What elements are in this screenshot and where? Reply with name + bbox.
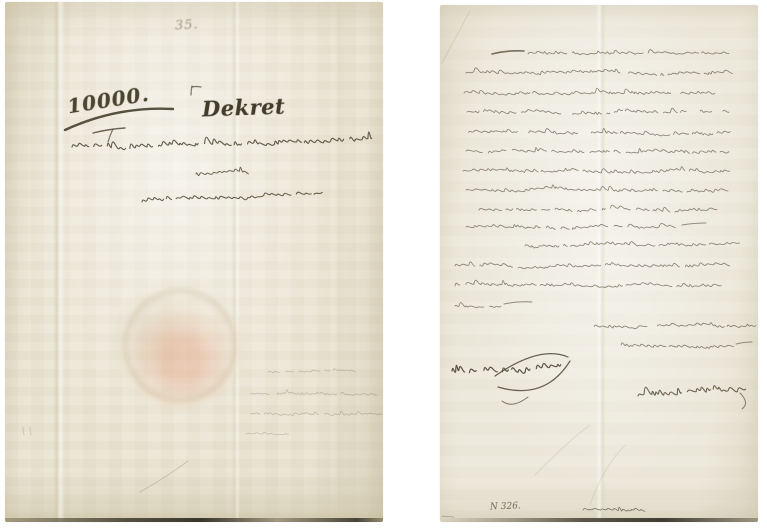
corner-crease-line bbox=[442, 11, 470, 63]
body-line-14-short bbox=[455, 303, 501, 308]
edge-tally-mark-1 bbox=[23, 427, 24, 435]
docket-etc-line bbox=[196, 167, 248, 175]
docket-date-line bbox=[142, 188, 323, 205]
left-page-bottom-edge bbox=[5, 518, 383, 522]
body-line-2 bbox=[466, 68, 733, 76]
right-page: N 326. bbox=[440, 5, 758, 522]
opening-dash bbox=[492, 51, 524, 54]
marginal-note-line-3 bbox=[251, 411, 382, 416]
left-page-corner-mark: 35. bbox=[175, 17, 199, 33]
body-line-12 bbox=[455, 262, 730, 269]
paragraph-end-dash-2 bbox=[504, 302, 532, 304]
left-page-fold-crease-2 bbox=[231, 2, 240, 522]
left-page-fold-crease-3 bbox=[335, 2, 345, 522]
paragraph-end-dash-1 bbox=[682, 223, 706, 225]
signature-right bbox=[638, 382, 746, 397]
amount-underline-tick bbox=[108, 129, 113, 142]
body-line-4 bbox=[467, 108, 729, 114]
footer-number: N 326. bbox=[490, 501, 521, 512]
amount-underline-flourish bbox=[65, 109, 173, 130]
bracket-mark-stroke-1 bbox=[191, 86, 192, 95]
signature-left-paraph-3 bbox=[502, 397, 528, 404]
footer-corner-mark bbox=[442, 516, 460, 517]
body-line-11-indent bbox=[525, 242, 739, 248]
left-page-handwriting bbox=[5, 2, 383, 522]
dateline-end-dash bbox=[736, 342, 752, 344]
manuscript-scan: 35. 10000. Dekret N 326. bbox=[0, 0, 767, 528]
footer-label-script bbox=[583, 507, 645, 511]
body-line-10 bbox=[466, 223, 679, 229]
right-page-bottom-edge bbox=[440, 518, 758, 522]
body-line-7 bbox=[463, 167, 730, 174]
wax-seal bbox=[113, 276, 247, 410]
dateline-line-2 bbox=[621, 343, 733, 349]
marginal-note-line-1 bbox=[268, 369, 356, 373]
body-line-13 bbox=[455, 280, 721, 287]
dateline-line-1 bbox=[594, 323, 756, 329]
signature-right-paraph bbox=[740, 393, 746, 409]
left-page-fold-crease-1 bbox=[53, 2, 65, 522]
lower-crease-line-1 bbox=[535, 425, 590, 475]
fold-diagonal-mark bbox=[140, 461, 188, 492]
docket-title: Dekret bbox=[202, 94, 286, 122]
body-line-1 bbox=[528, 50, 729, 55]
right-page-fold-crease bbox=[596, 5, 606, 522]
left-page: 35. 10000. Dekret bbox=[5, 2, 383, 522]
marginal-note-line-2 bbox=[251, 390, 383, 396]
body-line-5 bbox=[469, 128, 731, 135]
signature-left-paraph-1 bbox=[495, 354, 568, 376]
marginal-note-line-4 bbox=[246, 432, 288, 435]
docket-amount: 10000. bbox=[66, 82, 151, 119]
signature-left-paraph-2 bbox=[498, 361, 570, 391]
docket-subtitle-line bbox=[72, 132, 372, 151]
body-line-3 bbox=[464, 88, 727, 95]
edge-tally-mark-2 bbox=[30, 427, 31, 435]
body-line-9 bbox=[479, 205, 717, 212]
amount-underline-short bbox=[93, 128, 125, 133]
bracket-mark-stroke-2 bbox=[192, 87, 201, 88]
right-page-handwriting bbox=[440, 5, 758, 522]
signature-left bbox=[452, 363, 561, 373]
body-line-8 bbox=[466, 185, 728, 192]
body-line-6 bbox=[466, 148, 729, 154]
lower-crease-line-2 bbox=[590, 445, 625, 505]
